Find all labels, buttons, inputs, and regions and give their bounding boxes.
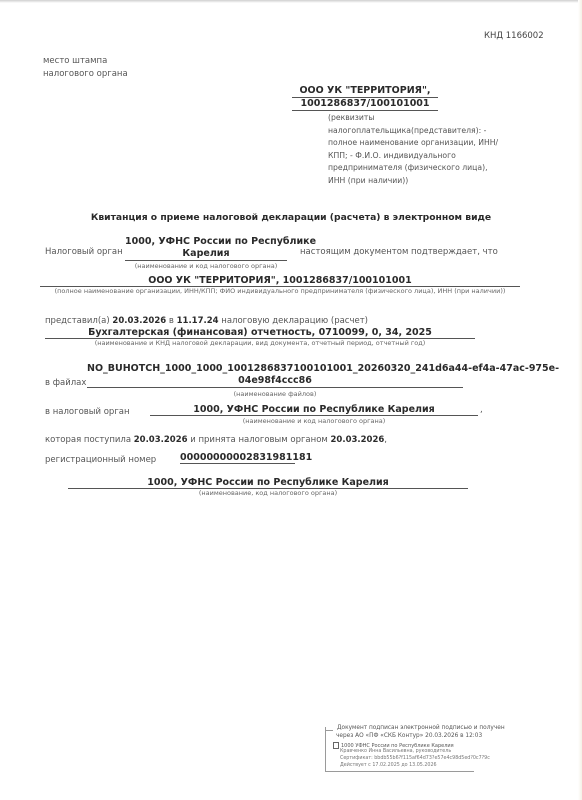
stamp-place-line1: место штампа [43, 55, 128, 68]
tax-authority-label: Налоговый орган [45, 247, 123, 257]
files-value: NO_BUHOTCH_1000_1000_1001286837100101001… [87, 363, 463, 388]
e-signature-certificate: Сертификат: bbdb55b6?f115af64d73?e57e4c9… [340, 756, 490, 761]
stamp-place-line2: налогового органа [43, 68, 128, 81]
files-hint: (наименование файлов) [87, 390, 463, 398]
e-signature-line1: Документ подписан электронной подписью и… [336, 725, 506, 731]
e-signature-signer: Кравченко Инна Васильевна, руководитель [340, 749, 451, 754]
scan-edge-top [0, 0, 582, 3]
e-signature-line2: через АО «ПФ «СКБ Контур» 20.03.2026 в 1… [336, 733, 482, 739]
submitted-time: 11.17.24 [177, 316, 219, 326]
taxpayer-header-hint: (реквизиты налогоплательщика(представите… [328, 112, 503, 187]
declaration-hint: (наименование и КНД налоговой декларации… [45, 339, 475, 347]
received-part2: и принята налоговым органом [190, 435, 328, 445]
signatory-hint: (наименование, код налогового органа) [68, 489, 468, 497]
document-icon [333, 742, 339, 749]
taxpayer-header-inn: 1001286837/100101001 [292, 98, 438, 111]
taxpayer-hint: (полное наименование организации, ИНН/КП… [30, 286, 530, 297]
files-value-line2: 04e98f4ccc86 [87, 375, 463, 387]
to-authority-hint: (наименование и код налогового органа) [150, 417, 478, 425]
taxpayer-header: ООО УК "ТЕРРИТОРИЯ", 1001286837/10010100… [292, 85, 438, 111]
stamp-place-label: место штампа налогового органа [43, 55, 128, 81]
submitted-line: представил(а) 20.03.2026 в 11.17.24 нало… [45, 316, 368, 326]
e-signature-validity: Действует с 17.02.2025 до 13.05.2026 [340, 763, 437, 768]
received-part3: , [384, 435, 387, 445]
e-signature-rule-left [325, 730, 333, 731]
registration-label: регистрационный номер [45, 455, 156, 465]
to-authority-comma: , [480, 405, 483, 415]
received-date: 20.03.2026 [134, 435, 188, 445]
received-line: которая поступила 20.03.2026 и принята н… [45, 435, 387, 445]
form-code: КНД 1166002 [484, 31, 544, 41]
to-authority-label: в налоговый орган [45, 407, 130, 417]
submitted-at: в [169, 316, 174, 326]
received-part1: которая поступила [45, 435, 131, 445]
submitted-date: 20.03.2026 [112, 316, 166, 326]
scan-edge-right [578, 0, 582, 800]
files-label: в файлах [45, 378, 86, 388]
e-signature-authority-row: 1000 УФНС России по Республике Карелия [333, 742, 454, 749]
tax-authority-value-line1: 1000, УФНС России по Республике [125, 236, 287, 248]
document-title: Квитанция о приеме налоговой декларации … [0, 212, 582, 223]
to-authority-value: 1000, УФНС России по Республике Карелия [150, 404, 478, 416]
submitted-prefix: представил(а) [45, 316, 110, 326]
submitted-suffix: налоговую декларацию (расчет) [221, 316, 368, 326]
confirmation-text: настоящим документом подтверждает, что [300, 247, 498, 257]
declaration-value: Бухгалтерская (финансовая) отчетность, 0… [45, 327, 475, 339]
accepted-date: 20.03.2026 [331, 435, 385, 445]
tax-authority-value-line2: Карелия [125, 248, 287, 260]
signatory-value: 1000, УФНС России по Республике Карелия [68, 477, 468, 489]
tax-authority-hint: (наименование и код налогового органа) [125, 262, 287, 270]
registration-number: 00000000002831981181 [180, 452, 295, 464]
tax-authority-value: 1000, УФНС России по Республике Карелия [125, 236, 287, 261]
taxpayer-header-name: ООО УК "ТЕРРИТОРИЯ", [292, 85, 438, 98]
files-value-line1: NO_BUHOTCH_1000_1000_1001286837100101001… [87, 363, 463, 375]
